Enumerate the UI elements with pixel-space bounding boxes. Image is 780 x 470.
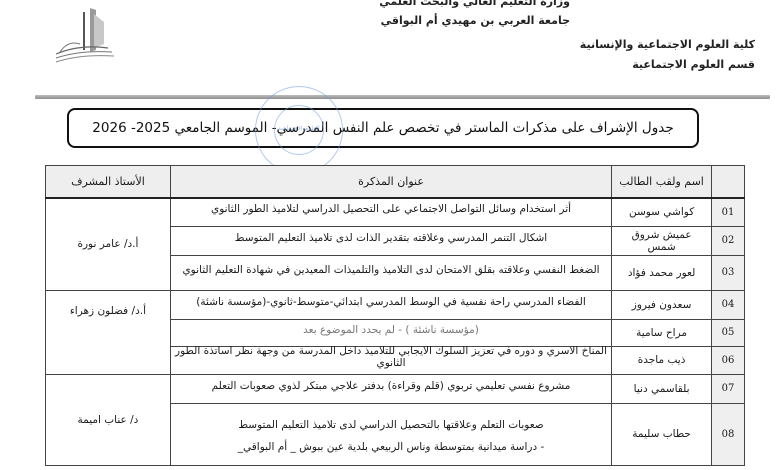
row-number: 03 [712, 255, 745, 290]
col-header-thesis-title: عنوان المذكرة [170, 166, 611, 199]
supervisor-name: د/ عناب اميمة [46, 374, 171, 465]
row-number: 08 [712, 403, 745, 465]
thesis-title: صعوبات التعلم وعلاقتها بالتحصيل الدراسي … [170, 403, 611, 465]
supervision-table: اسم ولقب الطالب عنوان المذكرة الأستاذ ال… [45, 165, 745, 466]
row-number: 06 [712, 346, 745, 374]
student-name: عميش شروق شمس [612, 226, 712, 255]
student-name: حطاب سليمة [612, 403, 712, 465]
student-name: ذيب ماجدة [612, 346, 712, 374]
col-header-number [712, 166, 745, 199]
faculty-name: كلية العلوم الاجتماعية والإنسانية [580, 38, 755, 51]
university-logo-icon [50, 4, 125, 66]
thesis-title: (مؤسسة ناشئة ) - لم يحدد الموضوع بعد [170, 319, 611, 346]
row-number: 05 [712, 319, 745, 346]
table-header-row: اسم ولقب الطالب عنوان المذكرة الأستاذ ال… [46, 166, 745, 199]
thesis-title: الضغط النفسي وعلاقته بقلق الامتحان لدى ا… [170, 255, 611, 290]
student-name: كواشي سوسن [612, 198, 712, 226]
row-number: 07 [712, 374, 745, 403]
student-name: مراح سامية [612, 319, 712, 346]
thesis-title: المناخ الاسري و دوره في تعزيز السلوك الا… [170, 346, 611, 374]
table-row: 01 كواشي سوسن أثر استخدام وسائل التواصل … [46, 198, 745, 226]
student-name: لعور محمد فؤاد [612, 255, 712, 290]
thesis-title: الفضاء المدرسي راحة نفسية في الوسط المدر… [170, 290, 611, 319]
thesis-title: أثر استخدام وسائل التواصل الاجتماعي على … [170, 198, 611, 226]
row-number: 04 [712, 290, 745, 319]
document-title: جدول الإشراف على مذكرات الماستر في تخصص … [67, 108, 699, 148]
table-row: 07 بلقاسمي دنيا مشروع نفسي تعليمي تربوي … [46, 374, 745, 403]
university-name: جامعة العربي بن مهيدي أم البواقي [330, 14, 570, 27]
table-row: 04 سعدون فيروز الفضاء المدرسي راحة نفسية… [46, 290, 745, 319]
header-divider [35, 95, 770, 99]
thesis-title: اشكال التنمر المدرسي وعلاقته بتقدير الذا… [170, 226, 611, 255]
student-name: سعدون فيروز [612, 290, 712, 319]
supervisor-name: أ.د/ فضلون زهراء [46, 290, 171, 374]
student-name: بلقاسمي دنيا [612, 374, 712, 403]
thesis-title: مشروع نفسي تعليمي تربوي (قلم وقراءة) بدف… [170, 374, 611, 403]
document-title-text: جدول الإشراف على مذكرات الماستر في تخصص … [92, 120, 673, 136]
col-header-student: اسم ولقب الطالب [612, 166, 712, 199]
supervisor-name: أ.د/ عامر نورة [46, 198, 171, 290]
row-number: 02 [712, 226, 745, 255]
department-name: قسم العلوم الاجتماعية [632, 58, 755, 71]
ministry-name: وزارة التعليم العالي والبحث العلمي [330, 0, 570, 8]
col-header-supervisor: الأستاذ المشرف [46, 166, 171, 199]
row-number: 01 [712, 198, 745, 226]
